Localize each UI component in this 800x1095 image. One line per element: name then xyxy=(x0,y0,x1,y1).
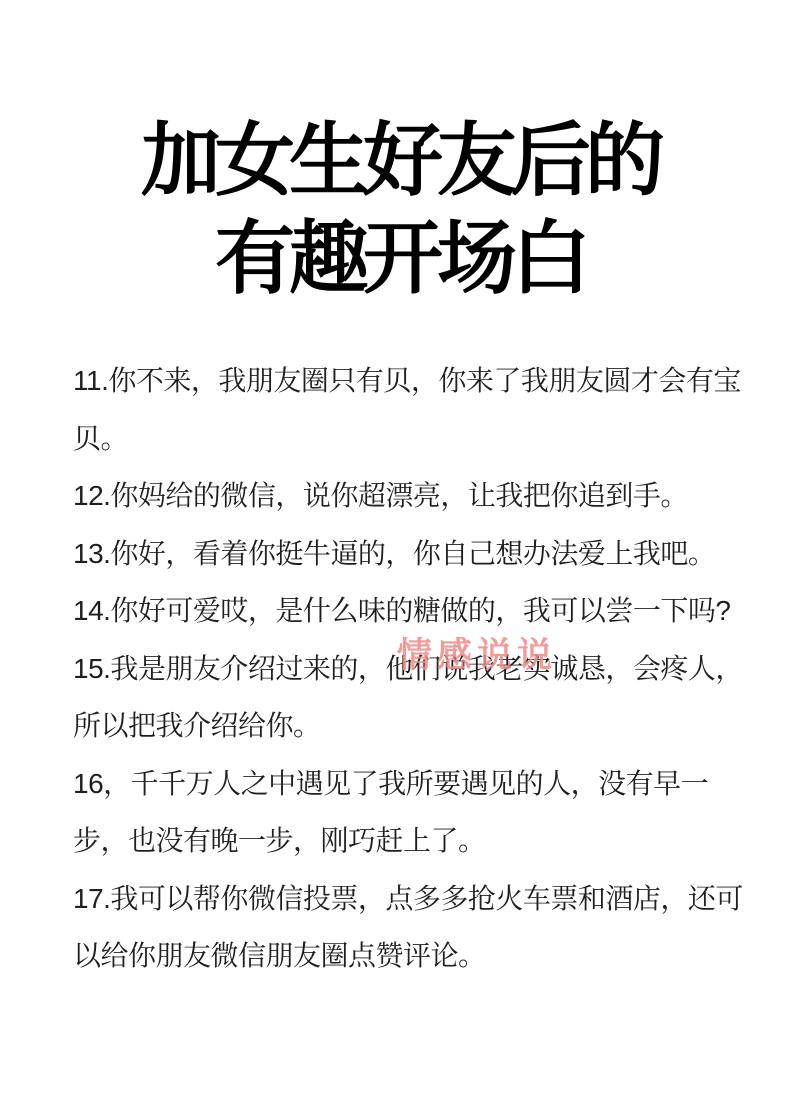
list-item-14: 14.你好可爱哎，是什么味的糖做的，我可以尝一下吗? xyxy=(73,582,749,640)
list-item-13: 13.你好，看着你挺牛逼的，你自己想办法爱上我吧。 xyxy=(73,525,749,583)
list-item-11: 11.你不来，我朋友圈只有贝，你来了我朋友圆才会有宝 贝。 xyxy=(73,352,749,467)
page-title-line2: 有趣开场白 xyxy=(0,210,800,308)
quote-card-page: 加女生好友后的 有趣开场白 11.你不来，我朋友圈只有贝，你来了我朋友圆才会有宝… xyxy=(0,0,800,1095)
page-title-line1: 加女生好友后的 xyxy=(0,112,800,210)
list-item-12: 12.你妈给的微信，说你超漂亮，让我把你追到手。 xyxy=(73,467,749,525)
list-item-17: 17.我可以帮你微信投票，点多多抢火车票和酒店，还可 以给你朋友微信朋友圈点赞评… xyxy=(73,870,749,985)
list-item-15: 15.我是朋友介绍过来的，他们说我老实诚恳，会疼人， 所以把我介绍给你。 xyxy=(73,640,749,755)
page-title: 加女生好友后的 有趣开场白 xyxy=(0,112,800,308)
list-item-16: 16，千千万人之中遇见了我所要遇见的人，没有早一 步，也没有晚一步，刚巧赶上了。 xyxy=(73,755,749,870)
opening-lines-list: 11.你不来，我朋友圈只有贝，你来了我朋友圆才会有宝 贝。 12.你妈给的微信，… xyxy=(73,352,749,985)
